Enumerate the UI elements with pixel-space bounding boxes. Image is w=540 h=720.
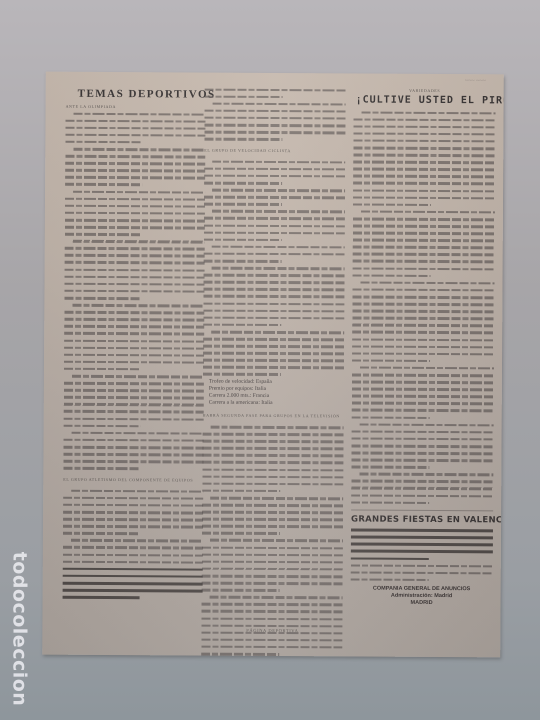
page-folio: PÁGINA DEPORTIVA [202, 628, 342, 634]
pencil-annotation: ~~~ ~~~ [465, 78, 486, 84]
watermark: todocoleccion [2, 548, 36, 710]
result-item: Carrera a la americana: Italia [203, 400, 344, 408]
divider [351, 509, 493, 511]
notice-city: MADRID [351, 599, 493, 607]
article-body-continued [204, 87, 345, 143]
kicker-variedades: VARIEDADES [354, 87, 496, 94]
article-body-segunda-fase [201, 424, 343, 657]
headline-temas-deportivos: TEMAS DEPORTIVOS [78, 88, 206, 101]
article-body [63, 111, 205, 472]
results-list: Trofeo de velocidad: España Premio por e… [203, 379, 344, 408]
column-piropo: VARIEDADES ¡CULTIVE USTED EL PIROPO! GRA… [351, 87, 496, 607]
column-temas-deportivos: TEMAS DEPORTIVOS ANTE LA OLIMPIADA EL GR… [63, 86, 206, 603]
article-body-velocidad [203, 159, 345, 378]
article-body-piropo [351, 109, 495, 506]
section-subhead-velocidad: EL GRUPO DE VELOCIDAD CICLISTA [204, 148, 345, 155]
section-subhead-segunda-fase: HABRÁ SEGUNDA FASE PARA GRUPOS EN LA TEL… [203, 413, 344, 420]
newspaper-page: ~~~ ~~~ TEMAS DEPORTIVOS ANTE LA OLIMPIA… [42, 72, 504, 658]
headline-cultive-usted-el-piropo: ¡CULTIVE USTED EL PIROPO! [356, 94, 496, 106]
article-body-2 [63, 488, 204, 601]
article-body-fiestas [351, 527, 493, 583]
watermark-text: todocoleccion [8, 552, 30, 707]
byline: ANTE LA OLIMPIADA [66, 104, 206, 111]
headline-grandes-fiestas-en-valencia: GRANDES FIESTAS EN VALENCIA [351, 514, 493, 525]
advertising-notice: COMPAÑÍA GENERAL DE ANUNCIOS Administrac… [351, 585, 493, 607]
section-subhead: EL GRUPO ATLETISMO DEL COMPONENTE DE EQU… [63, 477, 203, 484]
column-ciclismo: EL GRUPO DE VELOCIDAD CICLISTA Trofeo de… [201, 87, 345, 658]
